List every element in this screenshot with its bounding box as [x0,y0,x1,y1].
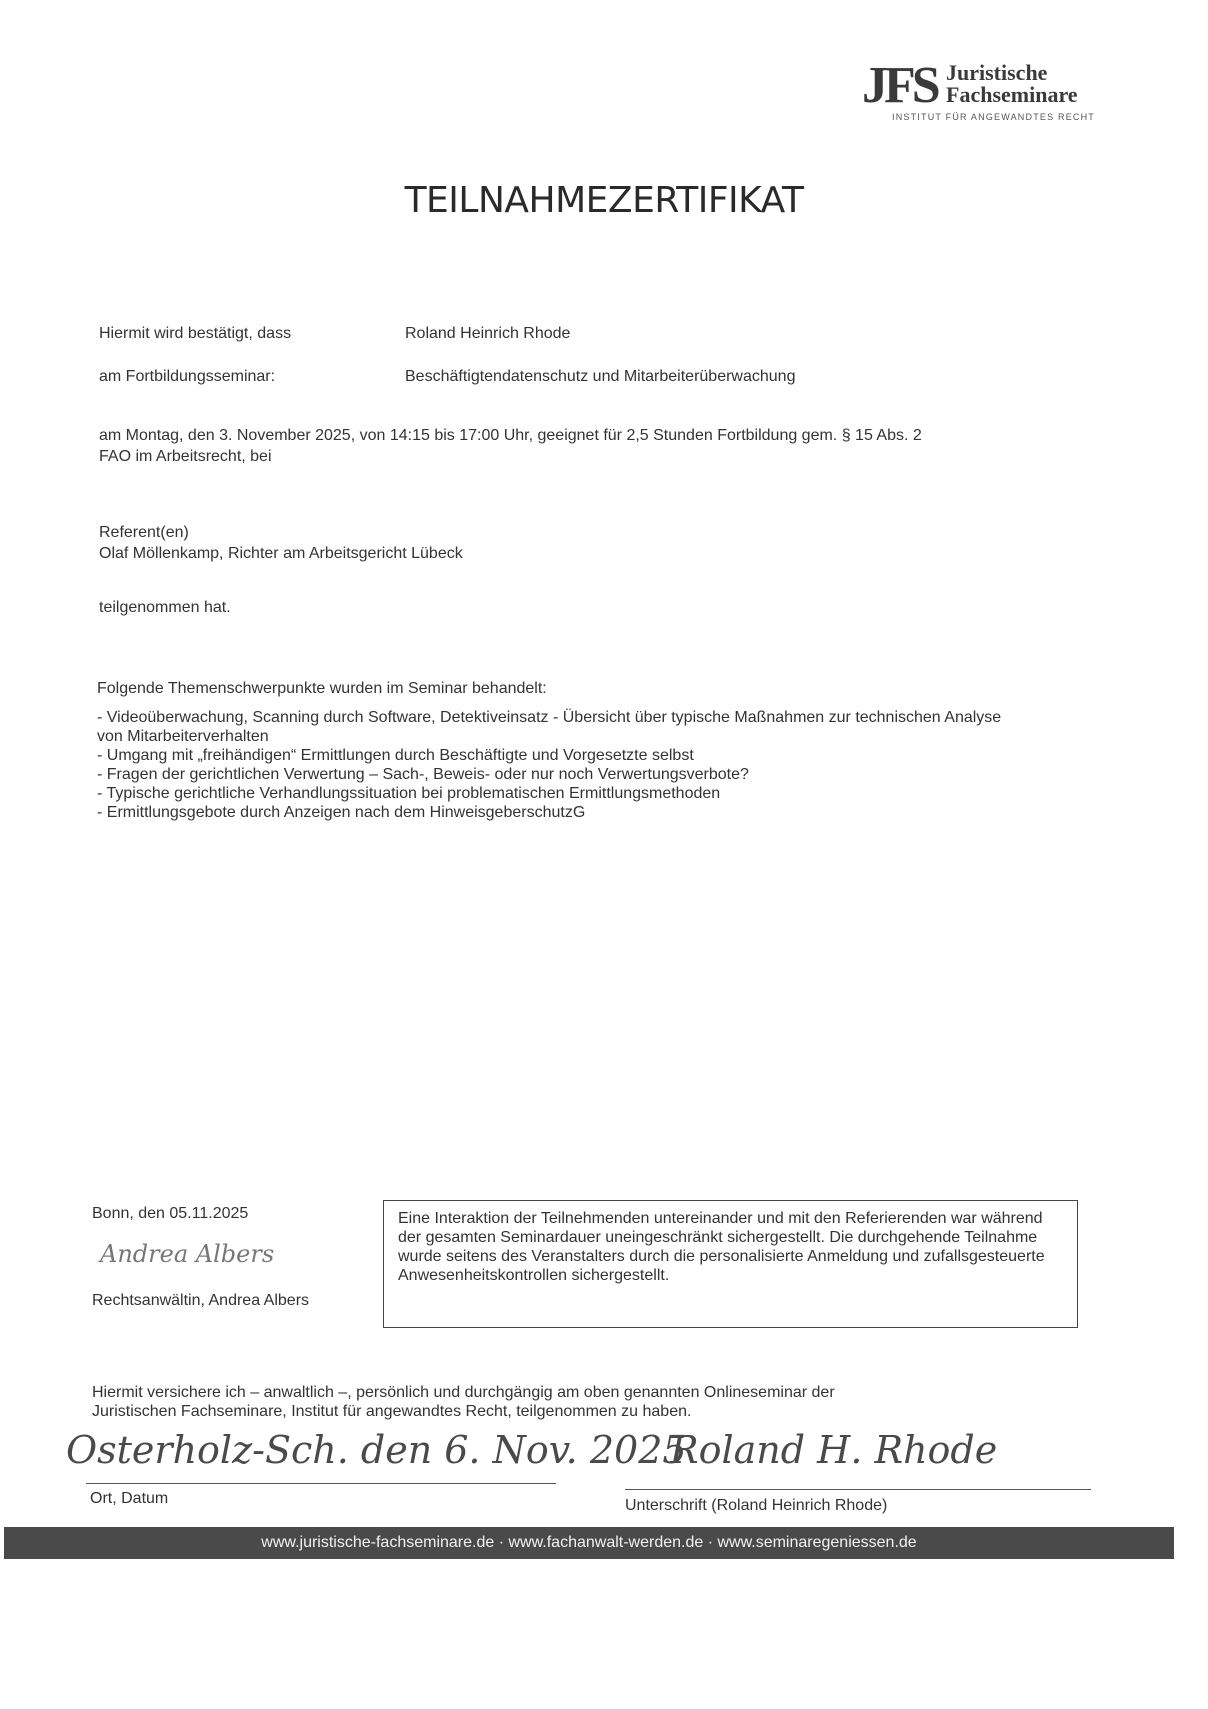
logo-subtitle: INSTITUT FÜR ANGEWANDTES RECHT [892,112,1095,122]
topics-intro: Folgende Themenschwerpunkte wurden im Se… [97,678,547,699]
topic-item: - Fragen der gerichtlichen Verwertung – … [97,765,1017,784]
topic-item: - Umgang mit „freihändigen“ Ermittlungen… [97,746,1017,765]
logo-mark: JFS [862,60,937,112]
topic-item: - Ermittlungsgebote durch Anzeigen nach … [97,803,1017,822]
place-date-label: Ort, Datum [90,1490,168,1508]
declaration-line-1: Hiermit versichere ich – anwaltlich –, p… [92,1383,835,1402]
participant-name: Roland Heinrich Rhode [405,325,570,343]
seminar-label: am Fortbildungsseminar: [99,368,275,386]
certificate-title: TEILNAHMEZERTIFIKAT [0,180,1208,221]
speaker-name: Olaf Möllenkamp, Richter am Arbeitsgeric… [99,543,463,564]
confirm-label: Hiermit wird bestätigt, dass [99,325,291,343]
attendance-notice-box: Eine Interaktion der Teilnehmenden unter… [383,1200,1078,1328]
signature-label: Unterschrift (Roland Heinrich Rhode) [625,1497,887,1515]
date-paragraph: am Montag, den 3. November 2025, von 14:… [99,425,1109,467]
declaration-text: Hiermit versichere ich – anwaltlich –, p… [92,1383,835,1421]
speakers-section: Referent(en) Olaf Möllenkamp, Richter am… [99,522,463,564]
logo-name: Juristische Fachseminare [946,62,1078,106]
date-line-2: FAO im Arbeitsrecht, bei [99,446,1109,467]
declaration-line-2: Juristischen Fachseminare, Institut für … [92,1402,835,1421]
participated-text: teilgenommen hat. [99,597,231,618]
logo-name-line2: Fachseminare [946,84,1078,106]
logo-name-line1: Juristische [946,62,1078,84]
seminar-title: Beschäftigtendatenschutz und Mitarbeiter… [405,368,795,386]
footer-links-bar: www.juristische-fachseminare.de · www.fa… [4,1527,1174,1559]
issuer-place-date: Bonn, den 05.11.2025 [92,1203,248,1224]
topics-list: - Videoüberwachung, Scanning durch Softw… [97,708,1017,822]
handwritten-signature: Roland H. Rhode [670,1428,997,1472]
speakers-heading: Referent(en) [99,522,463,543]
date-line-1: am Montag, den 3. November 2025, von 14:… [99,425,1109,446]
jfs-logo: JFS Juristische Fachseminare INSTITUT FÜ… [862,60,1102,130]
topic-item: - Videoüberwachung, Scanning durch Softw… [97,708,1017,746]
topic-item: - Typische gerichtliche Verhandlungssitu… [97,784,1017,803]
place-date-line [86,1483,556,1484]
issuer-signature: Andrea Albers [100,1240,274,1268]
signature-line [625,1489,1091,1490]
handwritten-place-date: Osterholz-Sch. den 6. Nov. 2025 [66,1428,687,1472]
issuer-role: Rechtsanwältin, Andrea Albers [92,1290,309,1311]
